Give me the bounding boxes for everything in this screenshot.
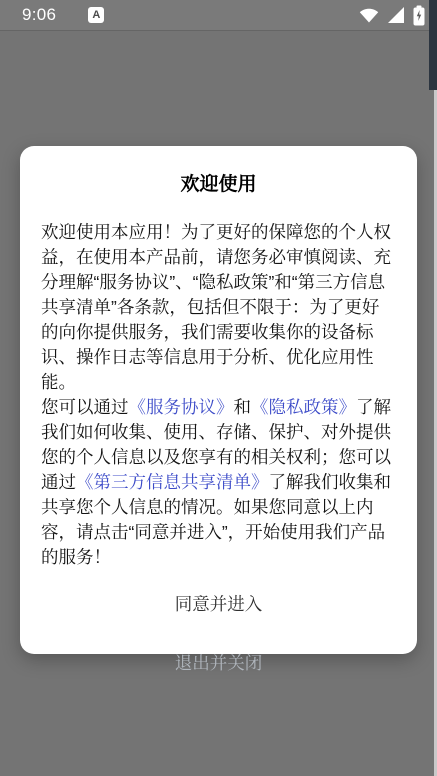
dialog-title: 欢迎使用 — [41, 172, 396, 198]
privacy-paragraph-1: 欢迎使用本应用！为了更好的保障您的个人权益，在使用本产品前，请您务必审慎阅读、充… — [41, 220, 396, 395]
right-edge-dark-strip — [429, 0, 437, 90]
agree-enter-button[interactable]: 同意并进入 — [41, 582, 396, 627]
status-time: 9:06 — [22, 5, 56, 25]
exit-close-button[interactable]: 退出并关闭 — [41, 641, 396, 686]
privacy-paragraph-2: 您可以通过《服务协议》和《隐私政策》了解我们如何收集、使用、存储、保护、对外提供… — [41, 395, 396, 570]
status-bar: 9:06 A — [0, 0, 437, 31]
third-party-share-list-link[interactable]: 《第三方信息共享清单》 — [76, 472, 269, 492]
service-agreement-link[interactable]: 《服务协议》 — [129, 397, 234, 417]
battery-charging-icon — [413, 5, 425, 26]
privacy-policy-link[interactable]: 《隐私政策》 — [251, 397, 356, 417]
paragraph-2-text: 和 — [234, 397, 252, 417]
notification-app-icon: A — [88, 7, 104, 23]
wifi-icon — [358, 6, 380, 24]
dialog-body: 欢迎使用本应用！为了更好的保障您的个人权益，在使用本产品前，请您务必审慎阅读、充… — [41, 220, 396, 570]
cellular-signal-icon — [387, 6, 406, 24]
paragraph-2-text: 您可以通过 — [41, 397, 129, 417]
screen: 9:06 A 欢迎使用 — [0, 0, 437, 776]
status-right-icons — [358, 5, 425, 26]
privacy-consent-dialog: 欢迎使用 欢迎使用本应用！为了更好的保障您的个人权益，在使用本产品前，请您务必审… — [20, 146, 417, 654]
